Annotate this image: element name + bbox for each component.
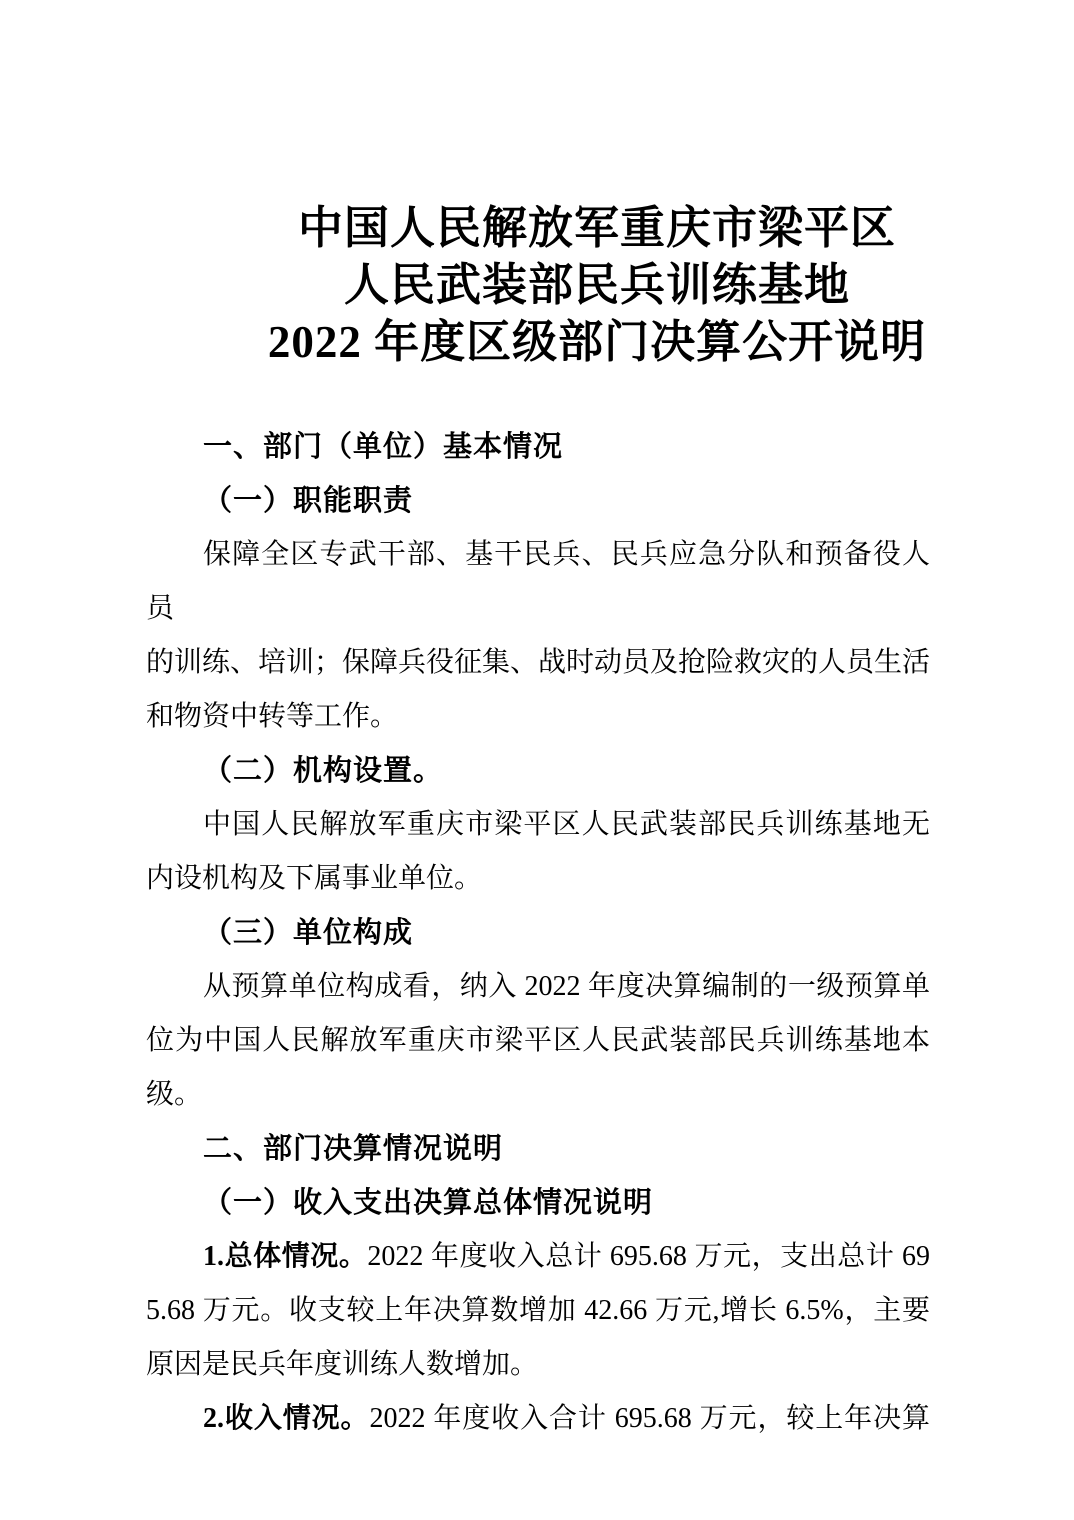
document-body: 一、部门（单位）基本情况 （一）职能职责 保障全区专武干部、基干民兵、民兵应急分… [146, 420, 930, 1446]
document-title: 中国人民解放军重庆市梁平区 人民武装部民兵训练基地 2022 年度区级部门决算公… [146, 200, 930, 371]
para-income-line-1: 2.收入情况。2022 年度收入合计 695.68 万元，较上年决算 [146, 1392, 930, 1446]
title-line-1: 中国人民解放军重庆市梁平区 [264, 200, 930, 257]
section-heading-2: 二、部门决算情况说明 [146, 1122, 930, 1176]
para-income-text: 2022 年度收入合计 695.68 万元，较上年决算 [369, 1403, 930, 1434]
para-composition-line-2: 位为中国人民解放军重庆市梁平区人民武装部民兵训练基地本 [146, 1014, 930, 1068]
document-content: 中国人民解放军重庆市梁平区 人民武装部民兵训练基地 2022 年度区级部门决算公… [146, 0, 930, 1446]
para-overall-bold-lead: 1.总体情况。 [203, 1241, 367, 1272]
subsection-heading-1-1: （一）职能职责 [146, 474, 930, 528]
para-composition-line-3: 级。 [146, 1068, 930, 1122]
para-composition-line-1: 从预算单位构成看，纳入 2022 年度决算编制的一级预算单 [146, 960, 930, 1014]
para-income-bold-lead: 2.收入情况。 [203, 1403, 369, 1434]
para-duties-line-3: 和物资中转等工作。 [146, 690, 930, 744]
para-org-line-2: 内设机构及下属事业单位。 [146, 852, 930, 906]
para-overall-line-2: 5.68 万元。收支较上年决算数增加 42.66 万元,增长 6.5%，主要 [146, 1284, 930, 1338]
para-duties-line-1: 保障全区专武干部、基干民兵、民兵应急分队和预备役人员 [146, 528, 930, 636]
title-line-3: 2022 年度区级部门决算公开说明 [264, 314, 930, 371]
subsection-heading-1-2: （二）机构设置。 [146, 744, 930, 798]
para-overall-line-1: 1.总体情况。2022 年度收入总计 695.68 万元，支出总计 69 [146, 1230, 930, 1284]
para-overall-line-3: 原因是民兵年度训练人数增加。 [146, 1338, 930, 1392]
para-overall-text: 2022 年度收入总计 695.68 万元，支出总计 69 [367, 1241, 930, 1272]
para-org-line-1: 中国人民解放军重庆市梁平区人民武装部民兵训练基地无 [146, 798, 930, 852]
para-duties-line-2: 的训练、培训；保障兵役征集、战时动员及抢险救灾的人员生活 [146, 636, 930, 690]
document-page: 中国人民解放军重庆市梁平区 人民武装部民兵训练基地 2022 年度区级部门决算公… [0, 0, 1074, 1520]
subsection-heading-2-1: （一）收入支出决算总体情况说明 [146, 1176, 930, 1230]
section-heading-1: 一、部门（单位）基本情况 [146, 420, 930, 474]
title-line-2: 人民武装部民兵训练基地 [264, 257, 930, 314]
subsection-heading-1-3: （三）单位构成 [146, 906, 930, 960]
